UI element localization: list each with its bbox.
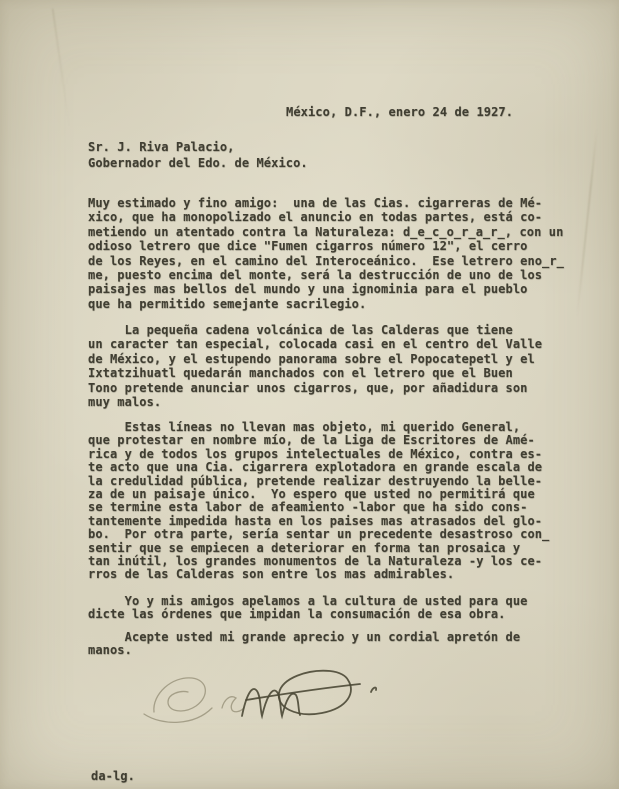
letter-page: México, D.F., enero 24 de 1927. Sr. J. R… [0,0,619,789]
recipient-title: Gobernador del Edo. de México. [88,156,308,172]
paper-crease [52,8,71,127]
signature-pencil-stroke [154,678,206,712]
recipient-name: Sr. J. Riva Palacio, [88,140,308,156]
dateline: México, D.F., enero 24 de 1927. [286,105,513,119]
signature [138,650,538,755]
letter-paragraph: La pequeña cadena volcánica de las Calde… [88,323,542,409]
signature-pencil-stroke [222,697,244,712]
paper-crease [576,128,598,317]
letter-paragraph: Muy estimado y fino amigo: una de las Ci… [88,196,564,311]
letter-paragraph: Yo y mis amigos apelamos a la cultura de… [88,595,527,621]
typist-initials: da-lg. [91,769,135,783]
signature-ink-stroke [246,684,360,700]
signature-ink-stroke [371,688,376,692]
letter-paragraph: Estas líneas no llevan mas objeto, mi qu… [88,421,549,582]
recipient-block: Sr. J. Riva Palacio,Gobernador del Edo. … [88,140,308,171]
